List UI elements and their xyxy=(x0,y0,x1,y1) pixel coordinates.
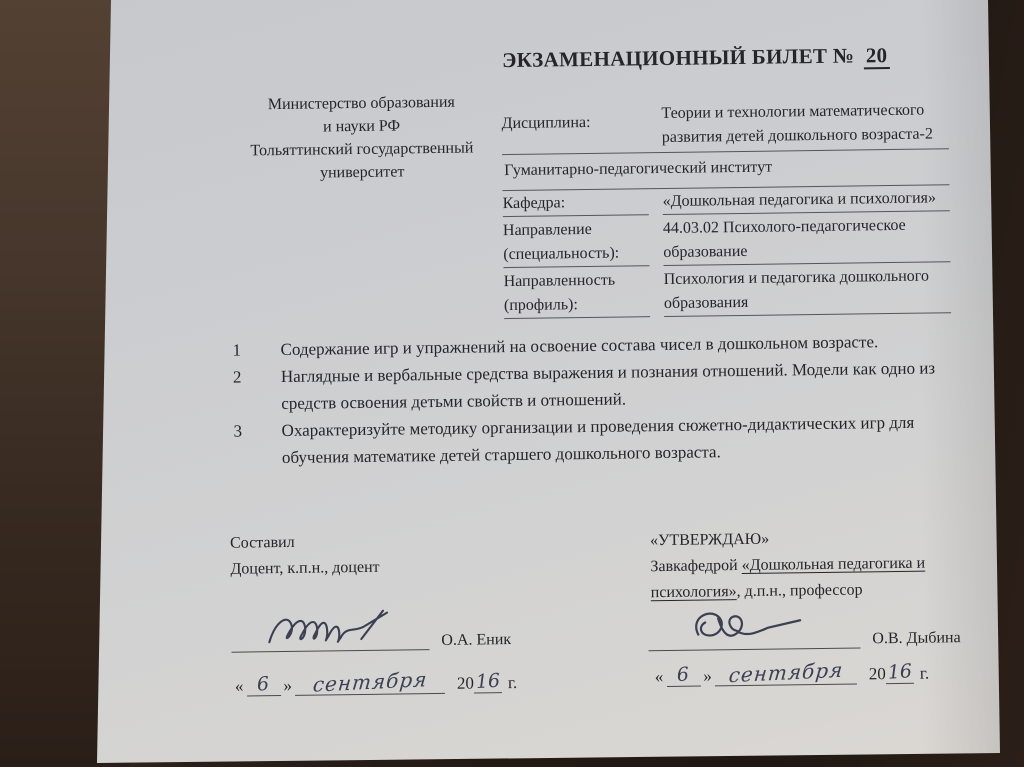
question-text: Охарактеризуйте методику организации и п… xyxy=(281,408,950,471)
handwritten-year: 16 xyxy=(887,660,913,684)
approve-block: «УТВЕРЖДАЮ» Завкафедрой «Дошкольная педа… xyxy=(650,524,967,606)
day-field: 6 xyxy=(246,673,280,696)
signature-line xyxy=(231,605,430,653)
year-field: 16 xyxy=(886,661,914,684)
institution-line: Тольяттинский государственный xyxy=(219,136,505,163)
composed-position: Доцент, к.п.н., доцент xyxy=(230,555,380,583)
ticket-number: 20 xyxy=(864,43,890,69)
date-line-composer: « 6 » сентября 20 16 г. xyxy=(232,668,518,697)
dybina-signature xyxy=(682,605,823,649)
quote-open: « xyxy=(232,677,247,697)
profile-label: Направленность (профиль): xyxy=(503,266,650,319)
handwritten-month: сентября xyxy=(727,658,844,688)
direction-value: 44.03.02 Психолого-педагогическое образо… xyxy=(663,211,951,266)
approve-suffix: , д.п.н., профессор xyxy=(737,581,863,600)
question-item: 2 Наглядные и вербальные средства выраже… xyxy=(233,354,950,417)
direction-row: Направление (специальность): 44.03.02 Пс… xyxy=(503,211,951,268)
question-text: Наглядные и вербальные средства выражени… xyxy=(281,354,950,417)
institution-line: университет xyxy=(219,159,505,186)
approver-name: О.В. Дыбина xyxy=(872,629,960,648)
day-field: 6 xyxy=(666,664,700,687)
year-suffix: г. xyxy=(920,664,930,684)
department-value: «Дошкольная педагогика и психология» xyxy=(662,186,949,215)
handwritten-day: 6 xyxy=(257,673,271,696)
photo-background: ЭКЗАМЕНАЦИОННЫЙ БИЛЕТ № 20 Министерство … xyxy=(0,0,1024,767)
composed-label: Составил xyxy=(230,529,380,557)
question-item: 3 Охарактеризуйте методику организации и… xyxy=(233,408,950,471)
question-number: 2 xyxy=(233,363,282,418)
year-suffix: г. xyxy=(508,673,518,693)
month-field: сентября xyxy=(715,660,857,687)
month-field: сентября xyxy=(295,669,445,696)
title-text: ЭКЗАМЕНАЦИОННЫЙ БИЛЕТ № xyxy=(502,43,854,72)
form-fields: Дисциплина: Теории и технологии математи… xyxy=(501,98,951,319)
paper-content: ЭКЗАМЕНАЦИОННЫЙ БИЛЕТ № 20 Министерство … xyxy=(0,0,1024,767)
profile-row: Направленность (профиль): Психология и п… xyxy=(503,262,951,319)
quote-close: » xyxy=(280,676,295,696)
discipline-row: Дисциплина: Теории и технологии математи… xyxy=(501,98,949,155)
quote-open: « xyxy=(652,667,667,687)
approve-prefix: Завкафедрой xyxy=(650,557,741,575)
date-line-approver: « 6 » сентября 20 16 г. xyxy=(652,659,930,688)
institution-block: Министерство образования и науки РФ Толь… xyxy=(218,90,505,186)
enik-signature xyxy=(265,606,416,650)
document-title: ЭКЗАМЕНАЦИОННЫЙ БИЛЕТ № 20 xyxy=(436,42,956,74)
exam-ticket-paper: ЭКЗАМЕНАЦИОННЫЙ БИЛЕТ № 20 Министерство … xyxy=(0,0,1024,767)
composer-name: О.А. Еник xyxy=(441,631,511,650)
year-prefix: 20 xyxy=(457,674,474,694)
composed-block: Составил Доцент, к.п.н., доцент xyxy=(230,529,380,583)
approve-header: «УТВЕРЖДАЮ» xyxy=(650,524,966,554)
question-number: 1 xyxy=(232,336,280,364)
handwritten-year: 16 xyxy=(475,670,501,694)
discipline-label: Дисциплина: xyxy=(501,102,648,152)
institute-row: Гуманитарно-педагогический институт xyxy=(502,149,949,191)
profile-value: Психология и педагогика дошкольного обра… xyxy=(663,262,951,317)
year-prefix: 20 xyxy=(869,664,886,684)
signature-line xyxy=(648,603,861,651)
question-number: 3 xyxy=(233,417,282,472)
direction-label: Направление (специальность): xyxy=(503,215,650,268)
approve-line: Завкафедрой «Дошкольная педагогика и пси… xyxy=(650,550,967,606)
quote-close: » xyxy=(700,666,715,686)
composer-signature-row: О.А. Еник xyxy=(231,604,511,653)
department-label: Кафедра: xyxy=(502,190,648,217)
approver-signature-row: О.В. Дыбина xyxy=(648,602,961,651)
handwritten-day: 6 xyxy=(677,663,691,686)
handwritten-month: сентября xyxy=(312,667,429,697)
discipline-value: Теории и технологии математического разв… xyxy=(661,98,949,150)
questions-list: 1 Содержание игр и упражнений на освоени… xyxy=(232,327,950,471)
year-field: 16 xyxy=(474,670,502,693)
